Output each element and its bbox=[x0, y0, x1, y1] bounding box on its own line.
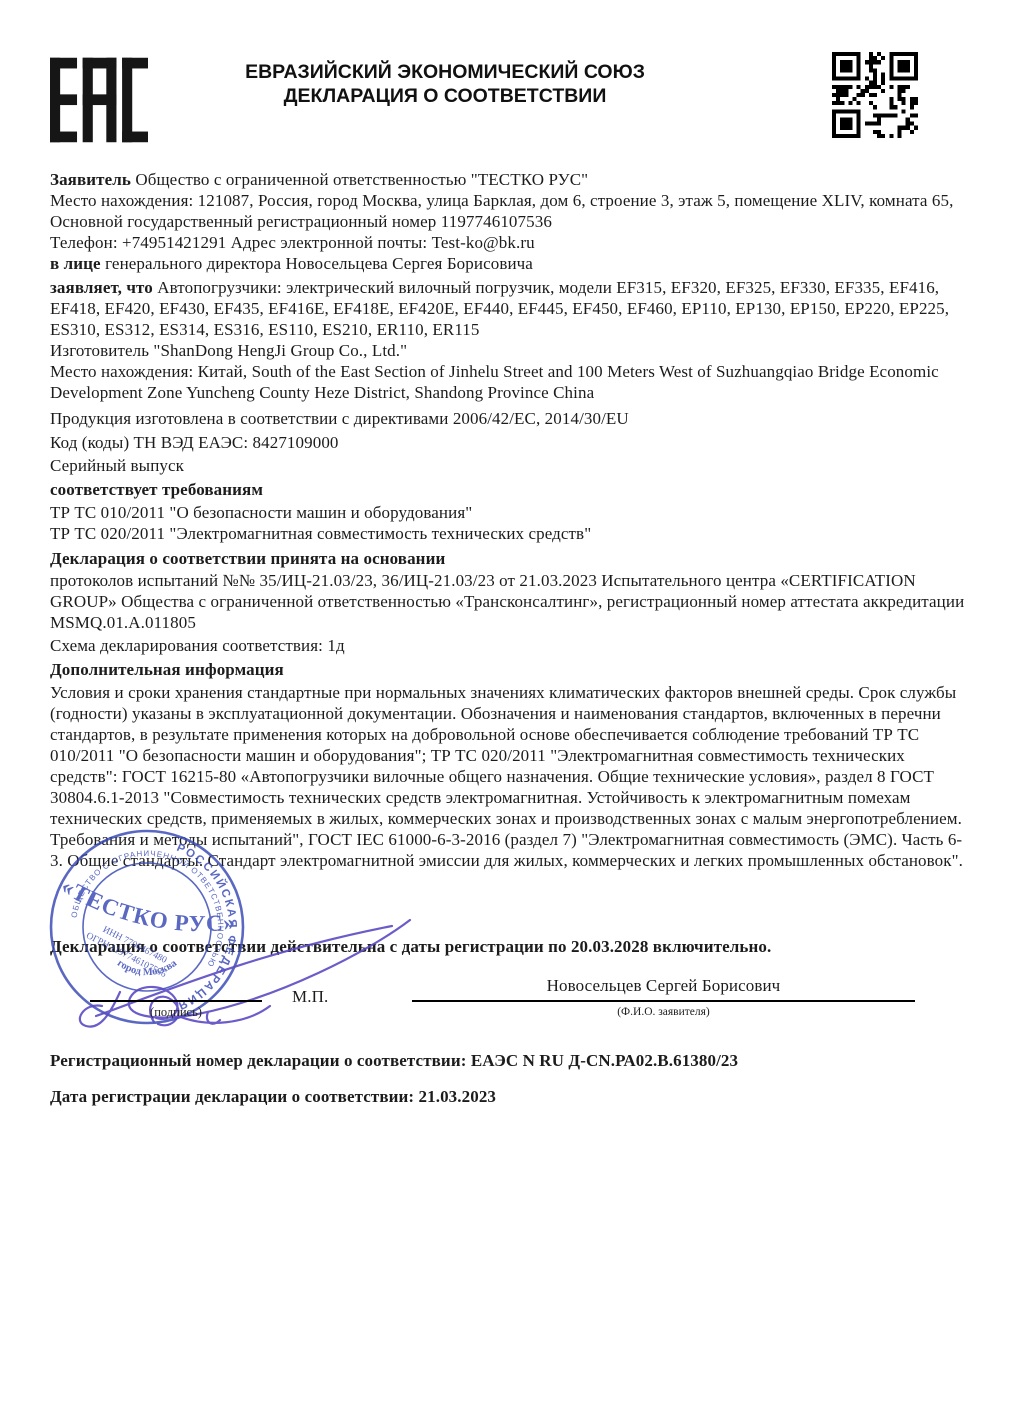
svg-text:«ТЕСТКО РУС»: «ТЕСТКО РУС» bbox=[57, 873, 237, 936]
applicant-block: Заявитель Общество с ограниченной ответс… bbox=[50, 169, 968, 274]
tr-ts-010-line: ТР ТС 010/2011 "О безопасности машин и о… bbox=[50, 502, 968, 523]
stamp-center-text: «ТЕСТКО РУС» bbox=[57, 873, 237, 936]
applicant-address: Место нахождения: 121087, Россия, город … bbox=[50, 190, 968, 232]
stamp-place-label: М.П. bbox=[292, 986, 328, 1007]
validity-line: Декларация о соответствии действительна … bbox=[50, 936, 968, 957]
directives-line: Продукция изготовлена в соответствии с д… bbox=[50, 408, 968, 429]
signer-name: Новосельцев Сергей Борисович bbox=[412, 975, 915, 996]
person-name: генерального директора Новосельцева Серг… bbox=[105, 254, 533, 273]
compliance-heading: соответствует требованиям bbox=[50, 479, 968, 500]
applicant-phone-email: Телефон: +74951421291 Адрес электронной … bbox=[50, 232, 968, 253]
applicant-name: Общество с ограниченной ответственностью… bbox=[135, 170, 588, 189]
additional-info-text: Условия и сроки хранения стандартные при… bbox=[50, 682, 968, 871]
tr-ts-020-line: ТР ТС 020/2011 "Электромагнитная совмест… bbox=[50, 523, 968, 544]
signer-name-line bbox=[412, 1000, 915, 1002]
signer-name-caption: (Ф.И.О. заявителя) bbox=[412, 1005, 915, 1019]
applicant-line: Заявитель Общество с ограниченной ответс… bbox=[50, 169, 968, 190]
basis-heading: Декларация о соответствии принята на осн… bbox=[50, 548, 968, 569]
manufacturer-line: Изготовитель "ShanDong HengJi Group Co.,… bbox=[50, 340, 968, 361]
registration-number-line: Регистрационный номер декларации о соотв… bbox=[50, 1050, 968, 1071]
tnved-code-line: Код (коды) ТН ВЭД ЕАЭС: 8427109000 bbox=[50, 432, 968, 453]
product-declaration-line: заявляет, что Автопогрузчики: электричес… bbox=[50, 277, 968, 340]
applicant-person-line: в лице генерального директора Новосельце… bbox=[50, 253, 968, 274]
applicant-label: Заявитель bbox=[50, 170, 131, 189]
title-union-line: ЕВРАЗИЙСКИЙ ЭКОНОМИЧЕСКИЙ СОЮЗ bbox=[120, 60, 770, 84]
signature-caption: (подпись) bbox=[90, 1005, 262, 1019]
scheme-line: Схема декларирования соответствия: 1д bbox=[50, 635, 968, 656]
svg-text:город Москва: город Москва bbox=[115, 957, 180, 978]
product-block: заявляет, что Автопогрузчики: электричес… bbox=[50, 277, 968, 403]
serial-issue-line: Серийный выпуск bbox=[50, 455, 968, 476]
qr-code bbox=[832, 52, 918, 138]
manufacturer-address: Место нахождения: Китай, South of the Ea… bbox=[50, 361, 968, 403]
stamp-city: город Москва bbox=[115, 957, 180, 978]
person-label: в лице bbox=[50, 254, 101, 273]
declares-label: заявляет, что bbox=[50, 278, 153, 297]
signature-line bbox=[90, 1000, 262, 1002]
registration-date-line: Дата регистрации декларации о соответств… bbox=[50, 1086, 968, 1107]
basis-text: протоколов испытаний №№ 35/ИЦ-21.03/23, … bbox=[50, 570, 968, 633]
qr-code-graphic bbox=[832, 52, 918, 138]
declaration-document: ЕВРАЗИЙСКИЙ ЭКОНОМИЧЕСКИЙ СОЮЗ ДЕКЛАРАЦИ… bbox=[0, 0, 1009, 1427]
product-description: Автопогрузчики: электрический вилочный п… bbox=[50, 278, 949, 339]
title-doc-line: ДЕКЛАРАЦИЯ О СООТВЕТСТВИИ bbox=[120, 84, 770, 108]
document-title: ЕВРАЗИЙСКИЙ ЭКОНОМИЧЕСКИЙ СОЮЗ ДЕКЛАРАЦИ… bbox=[120, 60, 770, 108]
additional-info-heading: Дополнительная информация bbox=[50, 659, 968, 680]
